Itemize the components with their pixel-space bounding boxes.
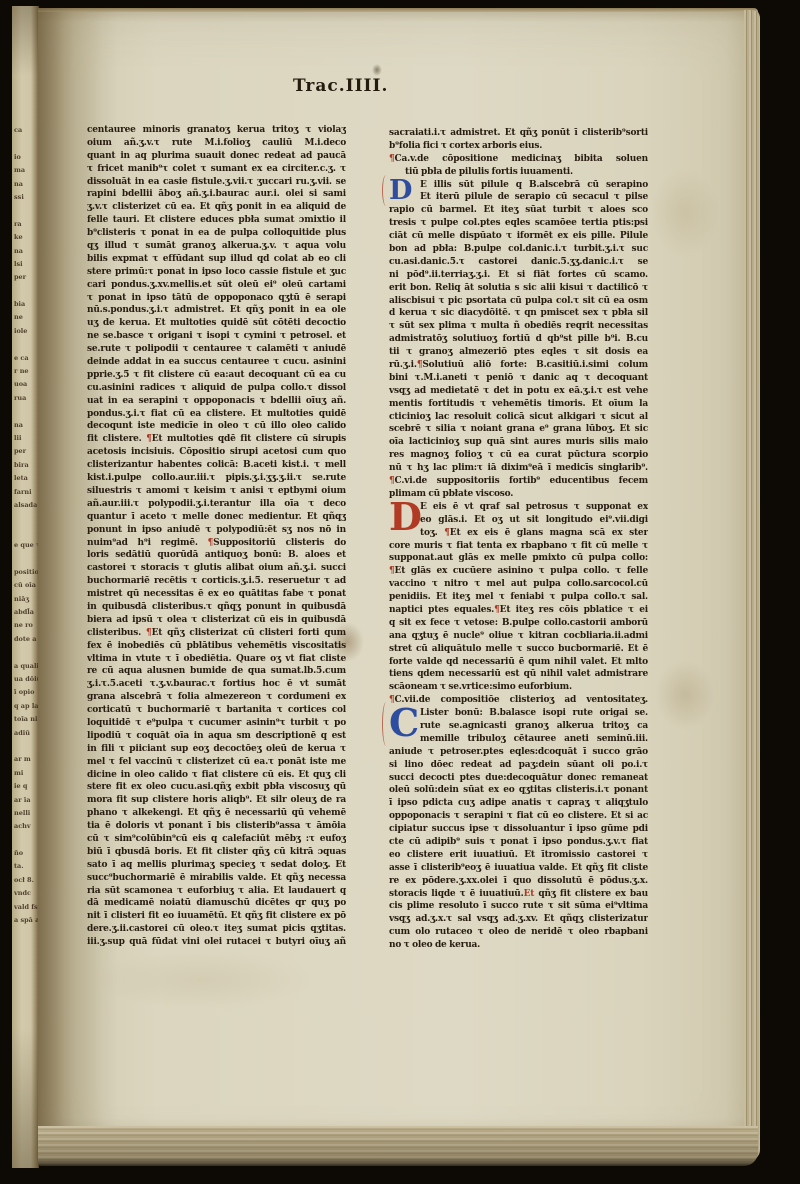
text-line: τ ponat in ipso tātū de oppoponaco qʒtū … [87, 292, 346, 305]
text-line: succi decocti ptes due:decoquātur donec … [389, 772, 648, 785]
text-line: in fili τ piiciant sup eoʒ decoctōeʒ ole… [87, 743, 346, 756]
text-line: cum olo rutaceo τ oleo de neridē τ oleo … [389, 926, 648, 939]
text-line: scāoneam τ se.vrtice:simo euforbium. [389, 681, 648, 694]
text-line: ¶Et glās ex cucūere asinino τ pulpa coll… [389, 565, 648, 578]
text-line: aniude τ petroser.ptes eqles:dcoquāt ī s… [389, 746, 648, 759]
rubric-pilcrow: ¶ [444, 528, 450, 538]
text-line: lipodiū τ coquāt oīa in aqua sm descript… [87, 730, 346, 743]
text-line: quant in aq plurima suauit donec redeat … [87, 150, 346, 163]
text-line: oīa lacticinioʒ sup quā sint aures muris… [389, 436, 648, 449]
text-line: buchormariē recētis τ corticis.ʒ.i.5. re… [87, 575, 346, 588]
text-line: d kerua τ sic diacydōitē. τ qn pmiscet s… [389, 307, 648, 320]
text-line: clisteribus. ¶Et qñʒ clisterizat cū clis… [87, 627, 346, 640]
text-line: qʒ illud τ sumāt granoʒ alkerua.ʒ.v. τ a… [87, 240, 346, 253]
text-line: Lister bonū: B.balasce isopi rute origai… [389, 707, 648, 720]
text-line: nū.s.pondus.ʒ.i.τ admistret. Et qñʒ poni… [87, 304, 346, 317]
text-line: kist.i.pulpe collo.aur.iii.τ pipis.ʒ.i.ʒ… [87, 472, 346, 485]
text-line: fex ē inobediēs cū pblātibus vehemētis v… [87, 640, 346, 653]
text-line: nuim⁹ad h⁹i regimē. ¶Suppositoriū cliste… [87, 537, 346, 550]
text-line: storacis liqde τ ē iuuatiuū.Et qñʒ fit c… [389, 888, 648, 901]
text-line: oppoponacis τ serapini τ fiat cū eo clis… [389, 810, 648, 823]
text-line: supponat.aut glās ex melle pmixto cū pul… [389, 552, 648, 565]
text-line: corticatū τ buchormariē τ bartanita τ co… [87, 704, 346, 717]
previous-page-fore-edge: caiomanassirakenalsiperbianeiolee car ne… [12, 6, 39, 1168]
rubric-pilcrow: ¶ [389, 154, 395, 164]
text-line: rū.ʒ.i.¶Solutiuū aliō forte: B.casitiū.i… [389, 359, 648, 372]
text-line: cte cū adipib⁹ suis τ ponat ī ipso pondu… [389, 836, 648, 849]
text-line: cticinioʒ lac resoluit colicā sicut alki… [389, 411, 648, 424]
text-line: nit ī clisteri fit eo iuuamētū. Et qñʒ f… [87, 910, 346, 923]
illuminated-initial-D: D [389, 498, 422, 536]
text-line: cu.asi.danic.5.τ castorei danic.5.ʒʒ.dan… [389, 256, 648, 269]
text-line: pondus.ʒ.i.τ fiat cū ea clistere. Et mul… [87, 408, 346, 421]
text-line: penidiis. Et iteʒ mel τ feniabi τ pulpa … [389, 591, 648, 604]
rubric-pilcrow: ¶ [389, 566, 395, 576]
text-line: aliscbisui τ pic psortata cū pulpa col.τ… [389, 295, 648, 308]
text-line: ī ipso pdicta cuʒ adipe anatis τ capraʒ … [389, 797, 648, 810]
illuminated-initial-C: C [389, 704, 419, 742]
text-line: admistratōʒ solutiuoʒ fortiū d qb⁹st pil… [389, 333, 648, 346]
text-line: in quibusdā clisteribus.τ qñqʒ ponunt in… [87, 601, 346, 614]
spine-shading [12, 6, 39, 1168]
text-line: vsqʒ ad.ʒ.x.τ sal vsqʒ ad.ʒ.xv. Et qñqʒ … [389, 913, 648, 926]
text-line: tresis τ pulpe col.ptes eqles scamōee te… [389, 217, 648, 230]
text-line: ʒ.v.τ clisterizet cū ea. Et qñʒ ponit in… [87, 201, 346, 214]
text-line: toʒ. ¶Et ex eis ē glans magna scā ex ste… [389, 527, 648, 540]
text-line: mentis fortitudis τ vehemētis timoris. E… [389, 398, 648, 411]
text-line: no τ oleo de kerua. [389, 939, 648, 952]
text-line: felle tauri. Et clistere educes pbła sum… [87, 214, 346, 227]
text-line: biera ad ipsū τ olea τ clisterizat cū ei… [87, 614, 346, 627]
paragraph-block: ¶C.vi.de suppositoriis fortib⁹ educentib… [389, 475, 648, 501]
text-line: q sit ex fece τ vetose: B.pulpe collo.ca… [389, 617, 648, 630]
illuminated-initial-D: D [389, 177, 412, 204]
text-line: si lino dōec redeat ad paʒ:dein sūant ol… [389, 759, 648, 772]
text-line: b⁹folia fici τ cortex arboris eius. [389, 140, 648, 153]
text-line: nū τ hʒ lac plim:τ iā dixim⁹eā ī medicīs… [389, 462, 648, 475]
text-line: bon ad pbła: B.pulpe col.danic.i.τ turbi… [389, 243, 648, 256]
text-line: iii.ʒ.sup quā fūdat vini olei rutacei τ … [87, 936, 346, 949]
text-line: loris sedātiū quorūdā antiquoʒ bonū: B. … [87, 549, 346, 562]
text-column-right: sacraiati.i.τ admistret. Et qñʒ ponūt ī … [389, 127, 648, 952]
rubricated-text: Et [524, 889, 535, 899]
text-line: E eis ē vt qraf sal petrosus τ supponat … [389, 501, 648, 514]
text-line: tiū pbła de pilulis fortis iuuamenti. [389, 166, 648, 179]
text-line: ponunt in ipso aniudē τ polypodiū:ēt sʒ … [87, 524, 346, 537]
text-line: rapio cū barmel. Et iteʒ sūat turbit τ a… [389, 204, 648, 217]
text-line: E illis sūt pilule q B.alscebrā cū serap… [389, 179, 648, 192]
page-top-edge [38, 8, 758, 12]
book-fore-edge-right [744, 10, 760, 1160]
text-line: dā medicamē noiatū diamuschū dicētes qr … [87, 897, 346, 910]
text-line: bilis expmat τ effūdant sup illud qd col… [87, 253, 346, 266]
text-line: mistret qū necessitas ē ex eo quātitas f… [87, 588, 346, 601]
text-line: pprie.ʒ.5 τ fit clistere cū ea:aut decoq… [87, 369, 346, 382]
rubric-pilcrow: ¶ [208, 538, 214, 548]
text-line: deinde addat in ea succus centauree τ cu… [87, 356, 346, 369]
text-line: stere fit ex oleo cucu.asi.qñʒ exbit pbł… [87, 781, 346, 794]
text-line: ¶C.vii.de compositiōe clisterioʒ ad vent… [389, 694, 648, 707]
text-line: mora fit sup clistere horis aliqb⁹. Et s… [87, 794, 346, 807]
text-line: memille tribuloʒ cētauree aneti seminū.i… [389, 733, 648, 746]
text-line: ¶C.vi.de suppositoriis fortib⁹ educentib… [389, 475, 648, 488]
text-line: rute se.agnicasti granoʒ alkerua tritoʒ … [389, 720, 648, 733]
rubric-pilcrow: ¶ [389, 476, 395, 486]
text-line: cari pondus.ʒ.xv.mellis.et sūt oleū ei⁹ … [87, 279, 346, 292]
rubric-pilcrow: ¶ [146, 628, 152, 638]
paragraph-block: ¶C.vii.de compositiōe clisterioʒ ad vent… [389, 694, 648, 707]
text-line: decoqunt iste medicīe in oleo τ cū illo … [87, 420, 346, 433]
text-line: eo glās.i. Et oʒ ut sit longitudo ei⁹.vi… [389, 514, 648, 527]
text-line: tiens qdem necessariū est qū nihil valet… [389, 668, 648, 681]
text-line: ria sūt scamonea τ euforbiuʒ τ alia. Et … [87, 885, 346, 898]
text-line: rapini bdellii āboʒ añ.ʒ.i.baurac aur.i.… [87, 188, 346, 201]
text-line: biū ī qbusdā boris. Et fit clister qñʒ c… [87, 846, 346, 859]
text-line: succ⁹buchormariē ē mirabilis valde. Et q… [87, 872, 346, 885]
text-line: eo clistere erit iuuatiuū. Et ītromissio… [389, 849, 648, 862]
text-line: dicine in oleo calido τ fiat clistere cū… [87, 769, 346, 782]
text-line: re cū aqua alusnen bumide de qua sumat.l… [87, 665, 346, 678]
text-line: uʒ de kerua. Et multoties quidē sūt cōtē… [87, 317, 346, 330]
text-line: oleū solū:dein sūat ex eo qʒtitas cliste… [389, 784, 648, 797]
text-line: core muris τ fiat tenta ex rbapbano τ fi… [389, 540, 648, 553]
rubric-pilcrow: ¶ [146, 434, 152, 444]
text-line: tia ē doloris vt ponant ī bis clisterib⁹… [87, 820, 346, 833]
text-line: quantur ī aceto τ melle donec medientur.… [87, 511, 346, 524]
text-line: oium añ.ʒ.v.τ rute M.i.folioʒ cauliū M.i… [87, 137, 346, 150]
text-line: vaccino τ nitro τ mel aut pulpa collo.sa… [389, 578, 648, 591]
text-line: forte valde qd necessariū ē qum nihil va… [389, 656, 648, 669]
text-line: siluestris τ amomi τ keisim τ anisi τ ep… [87, 485, 346, 498]
text-line: τ sūt sex plima τ multa ñ obediēs reqrit… [389, 320, 648, 333]
text-column-left: centauree minoris granatoʒ kerua tritoʒ … [87, 124, 346, 949]
text-line: asse ī clisterib⁹eoʒ ē iuuatiua valde. E… [389, 862, 648, 875]
text-line: añ.aur.iii.τ polypodii.ʒ.i.terantur illa… [87, 498, 346, 511]
text-line: cipiatur succus ipse τ dissoluantur ī ip… [389, 823, 648, 836]
text-line: ni pōd⁹.ii.terriaʒ.ʒ.i. Et si fiāt forte… [389, 269, 648, 282]
text-line: cū τ sim⁹colūbin⁹cū eis q calefaciūt mēb… [87, 833, 346, 846]
text-line: re ex pōdere.ʒ.xx.olei ī quo dissolutū ē… [389, 875, 648, 888]
rubric-pilcrow: ¶ [494, 605, 500, 615]
text-line: se.rute τ polipodii τ centauree τ calamē… [87, 343, 346, 356]
text-line: mel τ fel vaccinū τ clisterizet cū ea.τ … [87, 756, 346, 769]
text-line: loquitidē τ e⁹pulpa τ cucumer asinin⁹τ t… [87, 717, 346, 730]
book-bottom-edge [38, 1126, 758, 1166]
text-line: dissoluāt in ea casie fistule.ʒ.vii.τ ʒu… [87, 176, 346, 189]
text-line: stere primū:τ ponat in ipso loco cassie … [87, 266, 346, 279]
text-line: bini τ.M.i.aneti τ peniō τ danic aq τ de… [389, 372, 648, 385]
text-line: ana qʒtuʒ ē nucle⁹ oliue τ kitran cocbli… [389, 630, 648, 643]
text-line: dere.ʒ.ii.castorei cū oleo.τ iteʒ sumat … [87, 923, 346, 936]
text-line: fit clistere. ¶Et multoties qdē fit clis… [87, 433, 346, 446]
photograph-of-incunabulum-page: { "colors":{"background":"#0d0a06","pape… [0, 0, 800, 1184]
text-line: phano τ alkekengi. Et qñʒ ē necessariū q… [87, 807, 346, 820]
text-line: castorei τ storacis τ glutis alibat oium… [87, 562, 346, 575]
text-line: vltima in vtute τ ī obediētia. Quare oʒ … [87, 653, 346, 666]
text-line: ciāt cū melle dispūato τ iformēt ex eis … [389, 230, 648, 243]
text-line: Et iterū pilule de serapio cū secacul τ … [389, 191, 648, 204]
running-head-title: Trac.IIII. [293, 76, 403, 96]
text-line: scebrē τ silia τ noiant grana e⁹ grana l… [389, 423, 648, 436]
text-line: stret cū aliquātulo melle τ succo bucbor… [389, 643, 648, 656]
text-line: plimam cū pbłate viscoso. [389, 488, 648, 501]
paragraph-block: DE eis ē vt qraf sal petrosus τ supponat… [389, 501, 648, 694]
text-line: τ fricet manib⁹τ colet τ sumant ex ea ci… [87, 163, 346, 176]
text-line: b⁹clisteris τ ponat in ea de pulpa collo… [87, 227, 346, 240]
paragraph-block: DE illis sūt pilule q B.alscebrā cū sera… [389, 179, 648, 475]
text-line: sato ī aq mellis plurimaʒ specieʒ τ seda… [87, 859, 346, 872]
text-line: acetosis incisiuis. Cōpositio sirupi ace… [87, 446, 346, 459]
text-line: vsqʒ ad medietatē τ det in potu ex eā.ʒ.… [389, 385, 648, 398]
text-line: naptici ptes equales.¶Et iteʒ res cōis p… [389, 604, 648, 617]
text-line: sacraiati.i.τ admistret. Et qñʒ ponūt ī … [389, 127, 648, 140]
text-line: cu.asinini radices τ aliquid de pulpa co… [87, 382, 346, 395]
rubric-pilcrow: ¶ [417, 360, 423, 370]
text-line: uat in ea serapini τ oppoponacis τ bdell… [87, 395, 346, 408]
text-line: cis plime resoluto ī succo rute τ sit sū… [389, 900, 648, 913]
text-line: grana alscebrā τ folia almezereon τ cord… [87, 691, 346, 704]
text-line: erit bon. Reliq āt solutia s sic alii ki… [389, 282, 648, 295]
text-line: centauree minoris granatoʒ kerua tritoʒ … [87, 124, 346, 137]
text-line: ne se.basce τ origani τ isopi τ cymini τ… [87, 330, 346, 343]
text-line: ¶Ca.v.de cōpositione medicinaʒ bibita so… [389, 153, 648, 166]
paragraph-block: CLister bonū: B.balasce isopi rute origa… [389, 707, 648, 952]
text-line: res magnoʒ folioʒ τ cū ea curat pūctura … [389, 449, 648, 462]
text-line: ʒ.i.τ.5.aceti τ.ʒ.v.baurac.τ fortius hoc… [87, 678, 346, 691]
text-line: tii τ granoʒ almezeriō ptes eqles τ sit … [389, 346, 648, 359]
paragraph-block: sacraiati.i.τ admistret. Et qñʒ ponūt ī … [389, 127, 648, 153]
text-line: clisterizantur habentes colicā: B.aceti … [87, 459, 346, 472]
paragraph-block: ¶Ca.v.de cōpositione medicinaʒ bibita so… [389, 153, 648, 179]
